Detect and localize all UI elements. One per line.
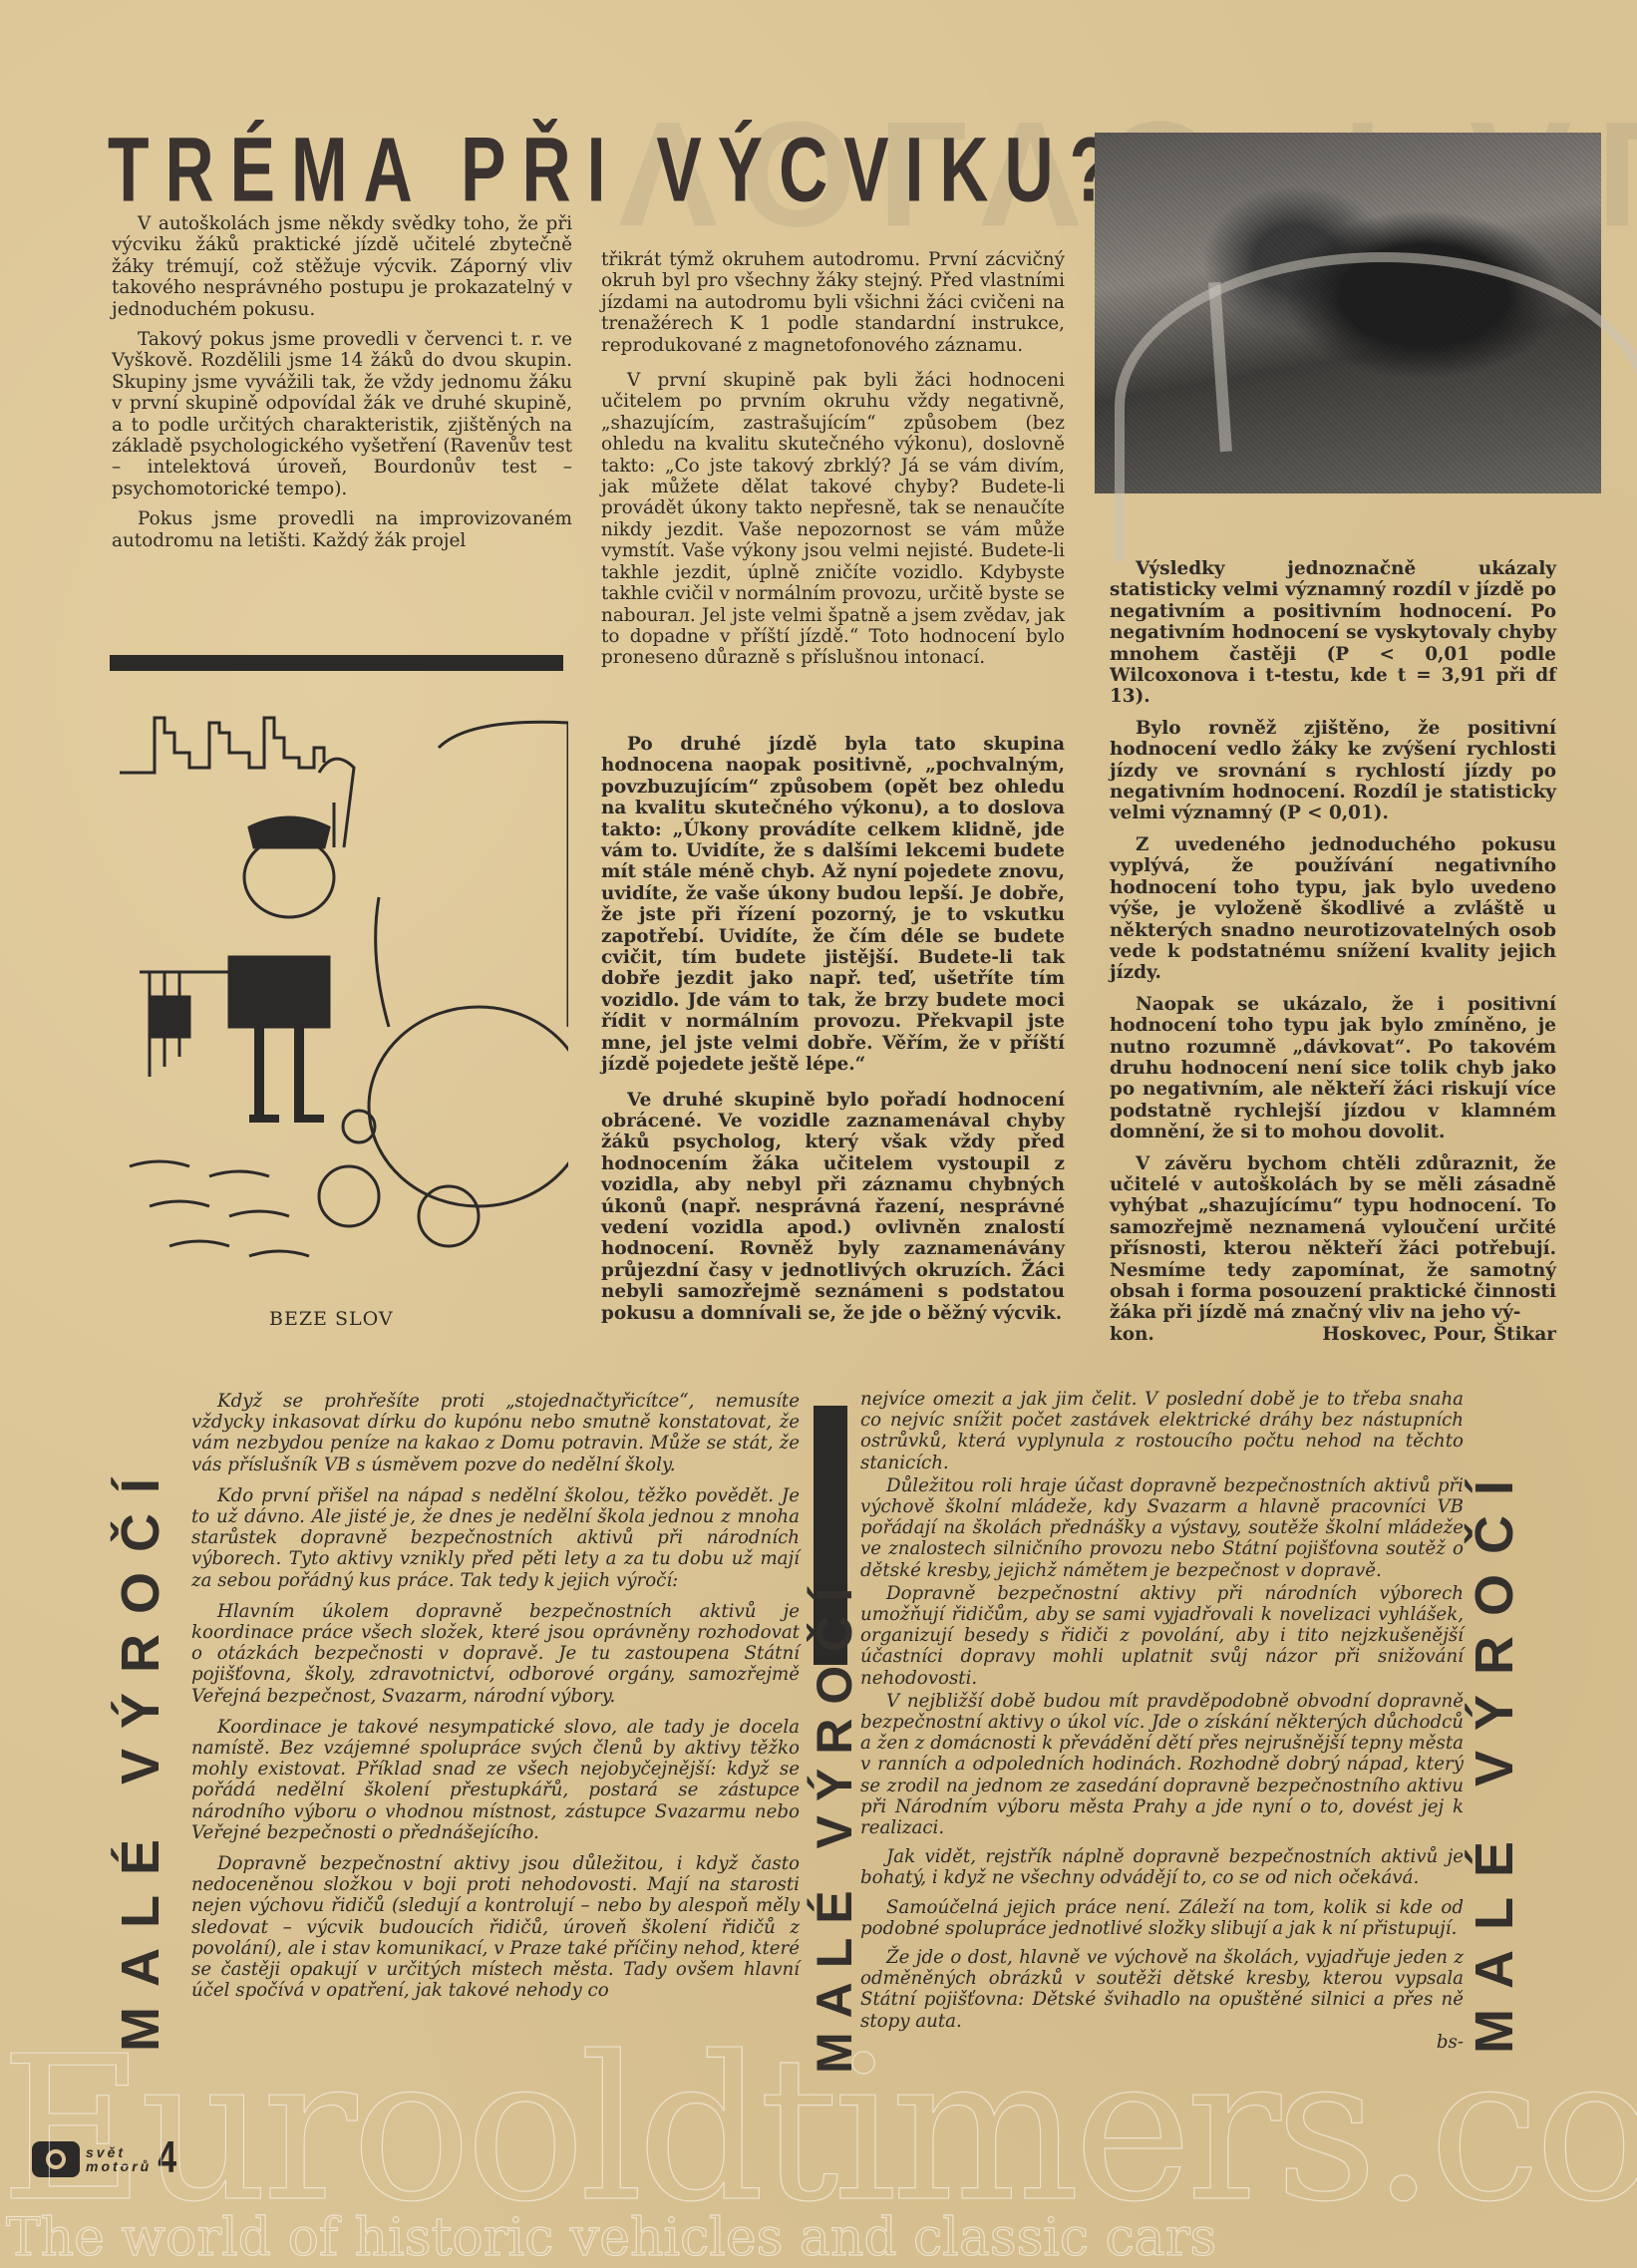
paragraph: Když se prohřešíte proti „stojednačtyřic… [191, 1391, 800, 1475]
paragraph: V první skupině pak byli žáci hodnoceni … [601, 370, 1065, 669]
paragraph: Koordinace je takové nesympatické slovo,… [191, 1717, 800, 1843]
authors: Hoskovec, Pour, Štikar [1322, 1324, 1556, 1345]
sidebar-title-vertical-right: MALÉ VÝROČÍ [1464, 1460, 1525, 2054]
paragraph: Naopak se ukázalo, že i positivní hodnoc… [1110, 994, 1556, 1143]
sidebar-column-left: Když se prohřešíte proti „stojednačtyřic… [191, 1391, 800, 2011]
paragraph: Hlavním úkolem dopravně bezpečnostních a… [191, 1601, 800, 1707]
article-column-1: V autoškolách jsme někdy svědky toho, že… [112, 213, 572, 560]
section-divider [110, 655, 563, 671]
article-column-2-continued: Po druhé jízdě byla tato skupina hodnoce… [601, 734, 1065, 1333]
article-byline: kon. Hoskovec, Pour, Štikar [1110, 1324, 1556, 1345]
sidebar-column-right: nejvíce omezit a jak jim čelit. V posled… [860, 1389, 1464, 2053]
cartoon-caption: BEZE SLOV [269, 1308, 394, 1330]
paragraph: V nejbližší době budou mít pravděpodobně… [860, 1691, 1464, 1838]
traffic-police-cartoon-icon [110, 708, 568, 1306]
article-title: TRÉMA PŘI VÝCVIKU? [108, 118, 1127, 222]
paragraph: Ve druhé skupině bylo pořadí hodnocení o… [601, 1090, 1065, 1324]
paragraph: Po druhé jízdě byla tato skupina hodnoce… [601, 734, 1065, 1076]
paragraph: Výsledky jednoznačně ukázaly statisticky… [1110, 558, 1556, 708]
paragraph: Pokus jsme provedli na improvizovaném au… [112, 508, 572, 551]
sidebar-title-vertical-middle: MALÉ VÝROČÍ [806, 1574, 863, 2074]
article-column-2: třikrát týmž okruhem autodromu. První zá… [601, 249, 1065, 678]
paragraph: V autoškolách jsme někdy svědky toho, že… [112, 213, 572, 320]
watermark-tagline: The world of historic vehicles and class… [6, 2208, 1216, 2268]
paragraph: Z uvedeného jednoduchého pokusu vyplývá,… [1110, 834, 1556, 984]
cartoon-illustration [110, 708, 568, 1306]
paragraph: Samoúčelná jejich práce není. Záleží na … [860, 1897, 1464, 1939]
paragraph: Dopravně bezpečnostní aktivy při národní… [860, 1583, 1464, 1689]
paragraph: Jak vidět, rejstřík náplně dopravně bezp… [860, 1846, 1464, 1888]
last-word: kon. [1110, 1324, 1154, 1345]
sidebar-title-vertical-left: MALÉ VÝROČÍ [110, 1458, 171, 2052]
paragraph: Takový pokus jsme provedli v červenci t.… [112, 329, 572, 499]
paragraph: Bylo rovněž zjištěno, že positivní hodno… [1110, 718, 1556, 824]
paragraph: Dopravně bezpečnostní aktivy jsou důleži… [191, 1853, 800, 2001]
car-photo [1095, 133, 1601, 493]
paragraph: Důležitou roli hraje účast dopravně bezp… [860, 1475, 1464, 1581]
paragraph: V závěru bychom chtěli zdůraznit, že uči… [1110, 1153, 1556, 1324]
car-window-arc [1115, 252, 1637, 561]
paragraph: Kdo první přišel na nápad s nedělní škol… [191, 1485, 800, 1591]
paragraph: nejvíce omezit a jak jim čelit. V posled… [860, 1389, 1464, 1473]
paragraph: třikrát týmž okruhem autodromu. První zá… [601, 249, 1065, 356]
article-column-3: Výsledky jednoznačně ukázaly statisticky… [1110, 558, 1556, 1345]
